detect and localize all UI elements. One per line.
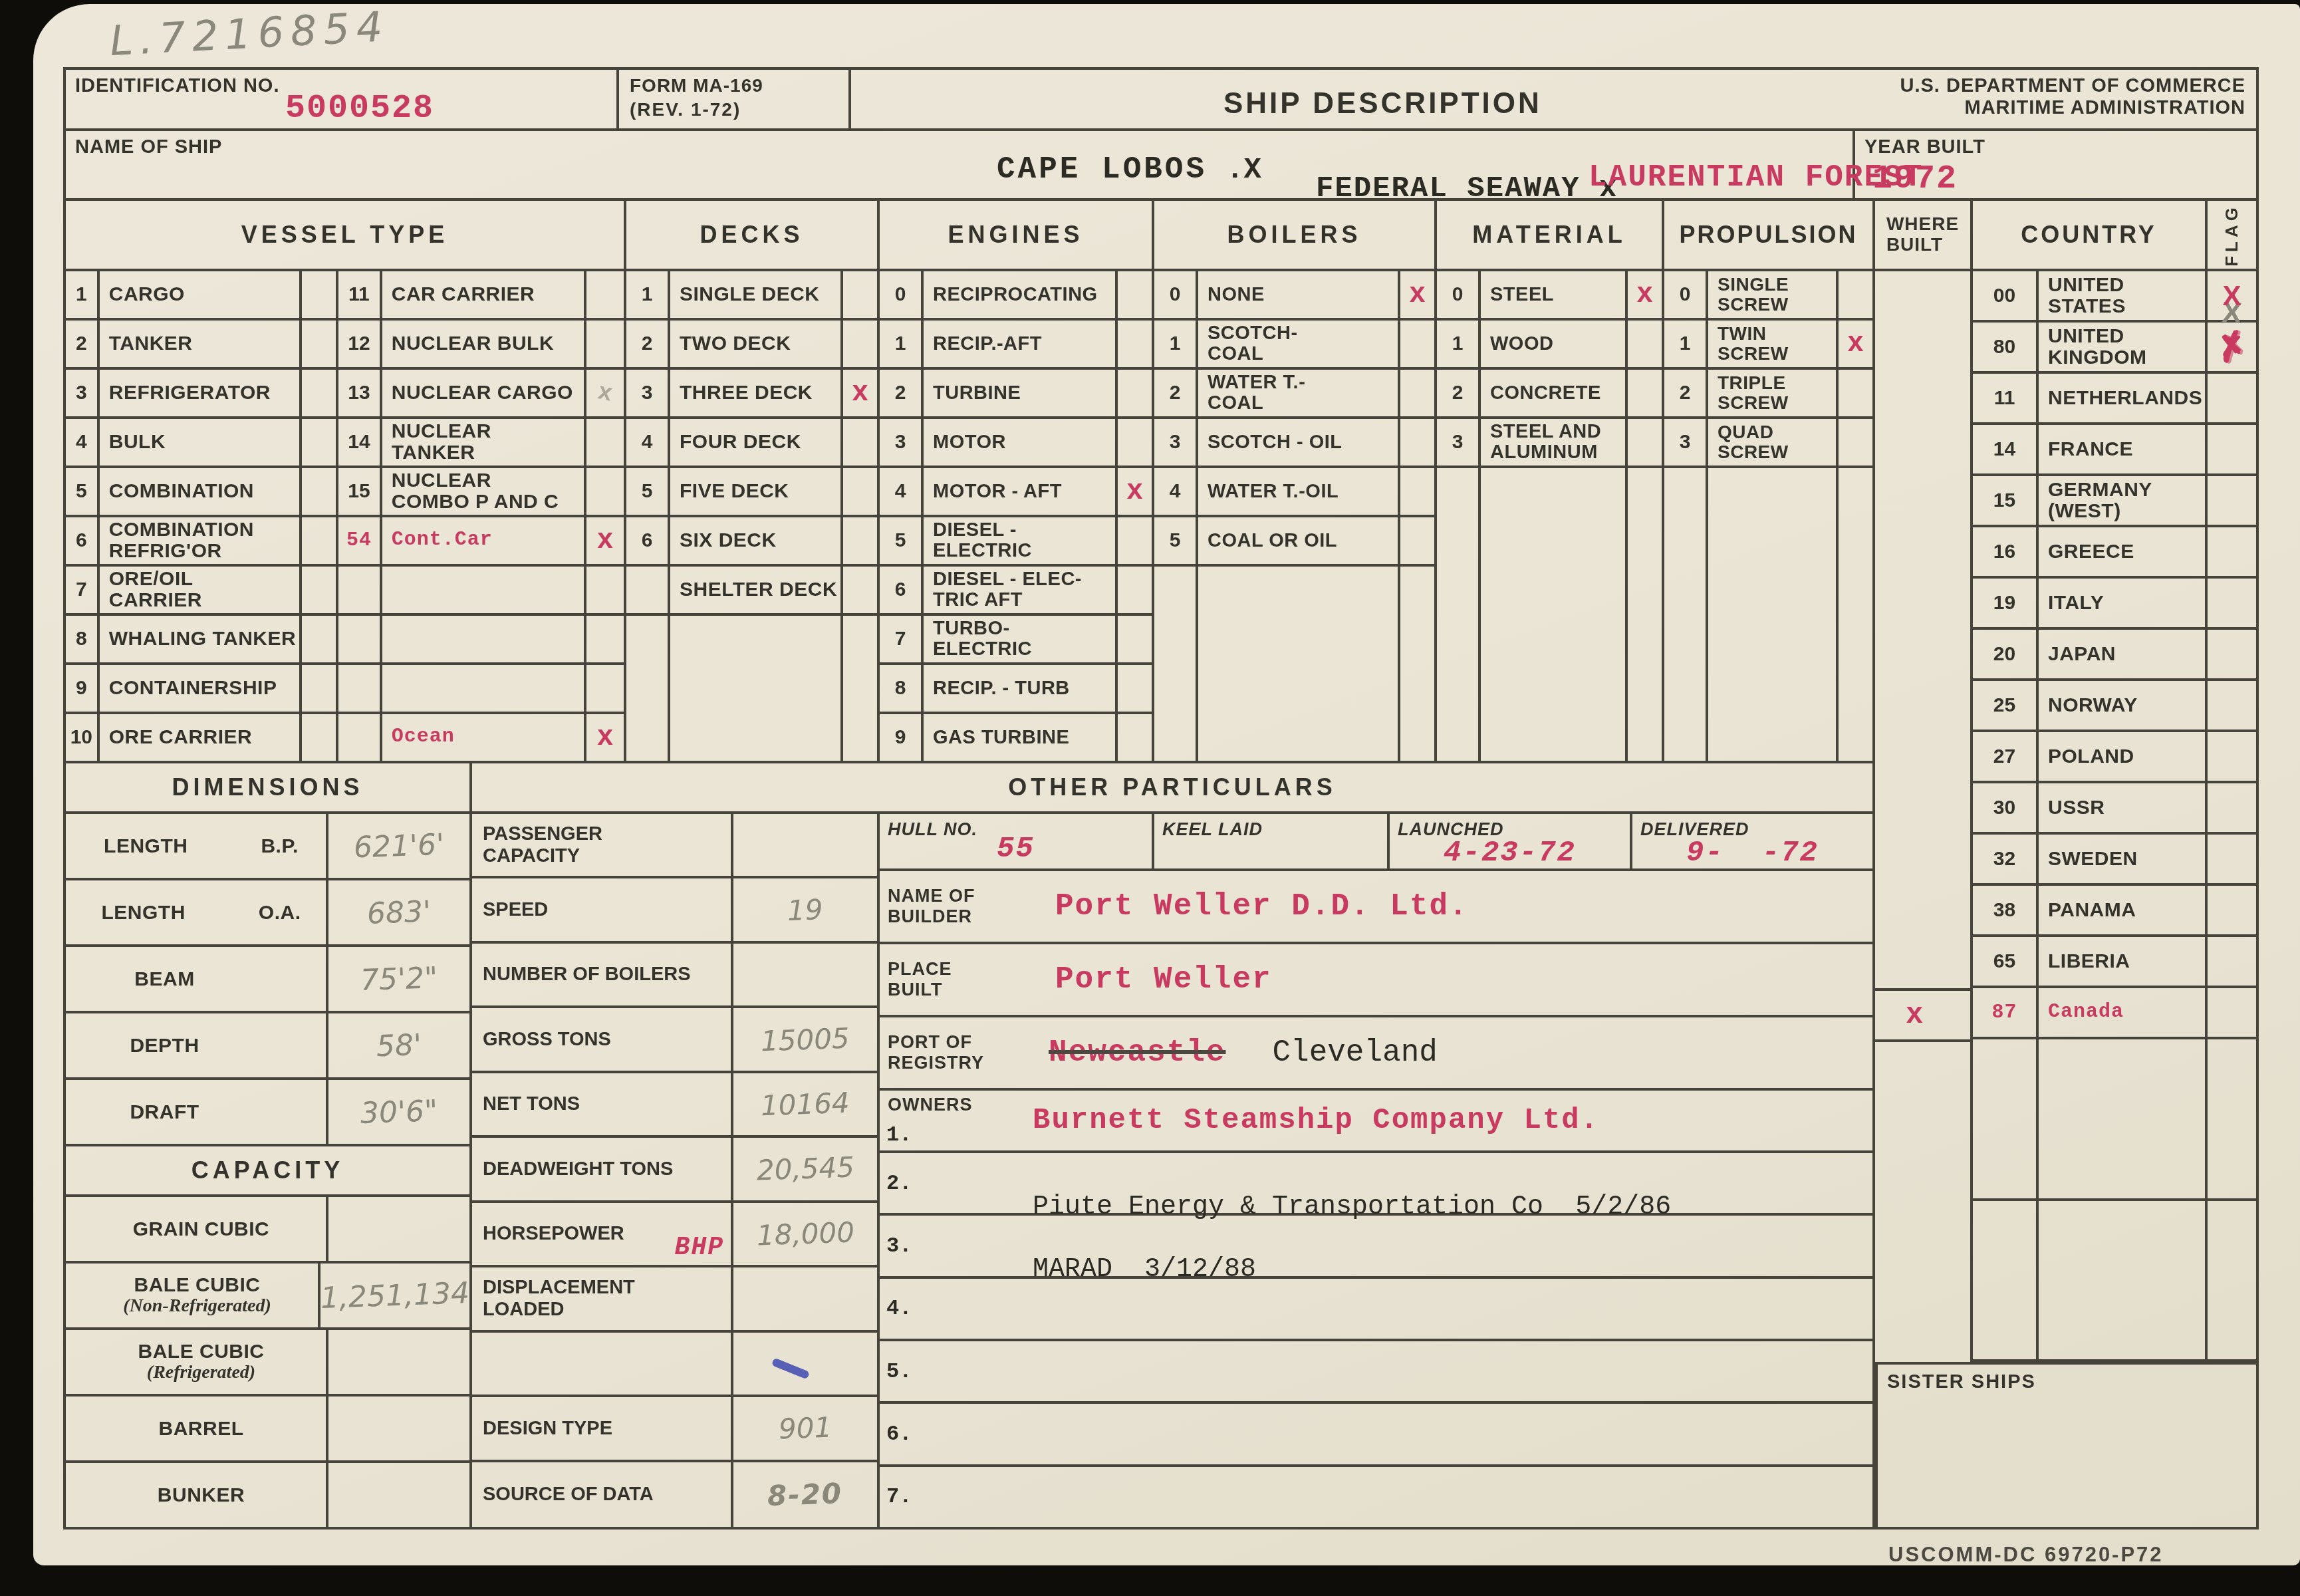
identification-label: IDENTIFICATION NO. <box>75 75 279 97</box>
owner-number: 4. <box>880 1296 933 1321</box>
boiler-checkbox <box>1400 468 1437 517</box>
country-flag-cell: ✗✗ <box>2208 323 2259 374</box>
particular-row: HORSEPOWERBHP 18,000 <box>472 1203 877 1267</box>
particular-row: NET TONS 10164 <box>472 1073 877 1138</box>
deck-label: FIVE DECK <box>670 468 843 517</box>
country-row: 30 USSR <box>1973 783 2259 835</box>
vessel-code-2: 14 <box>338 419 382 468</box>
vessel-label: WHALING TANKER <box>100 616 303 665</box>
port-of-registry-label: PORT OF REGISTRY <box>880 1032 1035 1073</box>
deck-checkbox <box>843 517 880 567</box>
propulsion-row: 1 TWIN SCREW x <box>1664 321 1875 370</box>
bhp-stamp: BHP <box>675 1234 724 1263</box>
where-built-column: x <box>1875 271 1973 1365</box>
propulsion-code: 0 <box>1664 271 1708 321</box>
owner-number: 6. <box>880 1422 933 1446</box>
delivered-cell: DELIVERED 9- -72 <box>1632 814 1872 868</box>
propulsion-row: 0 SINGLE SCREW <box>1664 271 1875 321</box>
material-checkbox <box>1628 321 1664 370</box>
country-flag-cell <box>2208 783 2259 835</box>
country-code: 30 <box>1973 783 2039 835</box>
owner-row: 5. <box>880 1341 1872 1404</box>
vessel-label-2: Ocean <box>382 714 587 763</box>
country-flag-cell <box>2208 886 2259 937</box>
country-flag-cell <box>2208 681 2259 732</box>
year-built-label: YEAR BUILT <box>1864 136 1985 158</box>
propulsion-code: 1 <box>1664 321 1708 370</box>
vessel-checkbox-2 <box>586 419 626 468</box>
place-built-row: PLACE BUILT Port Weller <box>880 944 1872 1017</box>
particular-value: 15005 <box>733 1008 877 1073</box>
country-label: JAPAN <box>2039 630 2208 681</box>
propulsion-code: 2 <box>1664 370 1708 419</box>
boilers-row: 3 SCOTCH - OIL <box>1154 419 1437 468</box>
vessel-type-row: 1 CARGO 11 CAR CARRIER <box>66 271 626 321</box>
country-row: 14 FRANCE <box>1973 425 2259 476</box>
propulsion-checkbox <box>1839 370 1875 419</box>
particular-entry: 18,000 <box>756 1216 855 1252</box>
ship-name-check: .X <box>1226 154 1261 187</box>
country-flag-cell <box>2208 835 2259 886</box>
country-row: 11 NETHERLANDS <box>1973 374 2259 425</box>
country-label: ITALY <box>2039 579 2208 630</box>
dimension-pencil-value: 58' <box>376 1027 422 1063</box>
capacity-label: BALE CUBIC(Non-Refrigerated) <box>66 1263 320 1330</box>
material-header-label: MATERIAL <box>1472 221 1626 249</box>
launched-cell: LAUNCHED 4-23-72 <box>1390 814 1632 868</box>
capacity-value <box>328 1396 469 1463</box>
country-code: 27 <box>1973 732 2039 783</box>
engine-checkbox <box>1118 616 1154 665</box>
particular-entry: 901 <box>778 1411 832 1446</box>
country-flag-cell: XX <box>2208 271 2259 323</box>
boiler-label: SCOTCH - OIL <box>1198 419 1400 468</box>
particular-row: SOURCE OF DATA 8-20 <box>472 1462 877 1527</box>
engine-checkbox <box>1118 419 1154 468</box>
deck-code: 4 <box>626 419 670 468</box>
vessel-label-2 <box>382 567 587 616</box>
name-of-ship-cell: NAME OF SHIP CAPE LOBOS .X FEDERAL SEAWA… <box>63 131 1855 201</box>
country-label: NETHERLANDS <box>2039 374 2208 425</box>
launched-value: 4-23-72 <box>1390 837 1630 870</box>
material-checkbox: x <box>1628 271 1664 321</box>
country-row: 20 JAPAN <box>1973 630 2259 681</box>
particular-value <box>733 814 877 878</box>
engines-row: 4 MOTOR - AFT x <box>880 468 1154 517</box>
vessel-label-2: NUCLEAR BULK <box>382 321 587 370</box>
deck-check-mark: x <box>852 377 868 409</box>
owners-row-1: OWNERS 1. Burnett Steamship Company Ltd. <box>880 1091 1872 1153</box>
decks-row: 3 THREE DECK x <box>626 370 880 419</box>
owner-value: Piute Energy & Transportation Co 5/2/86 <box>1033 1192 1671 1222</box>
capacity-row: BUNKER <box>66 1463 469 1529</box>
country-row: 15 GERMANY (WEST) <box>1973 476 2259 527</box>
port-of-registry-struck-value: Newcastle <box>1049 1035 1225 1070</box>
where-built-header: WHERE BUILT <box>1875 201 1973 271</box>
particular-value: 19 <box>733 878 877 943</box>
engine-label: MOTOR - AFT <box>924 468 1118 517</box>
delivered-value: 9- -72 <box>1632 837 1872 870</box>
name-of-builder-value: Port Weller D.D. Ltd. <box>1055 889 1469 924</box>
capacity-value <box>328 1197 469 1263</box>
country-code: 11 <box>1973 374 2039 425</box>
dimension-row: LENGTHO.A. 683' <box>66 880 469 947</box>
sister-ships-box: SISTER SHIPS <box>1875 1365 2259 1529</box>
propulsion-checkbox: x <box>1839 321 1875 370</box>
material-label: STEEL <box>1481 271 1628 321</box>
deck-code <box>626 567 670 616</box>
deck-code: 1 <box>626 271 670 321</box>
dimension-pencil-value: 75'2" <box>360 960 438 997</box>
boiler-checkbox <box>1400 370 1437 419</box>
vessel-checkbox <box>302 665 338 714</box>
country-label: FRANCE <box>2039 425 2208 476</box>
country-label: LIBERIA <box>2039 937 2208 988</box>
propulsion-label: TWIN SCREW <box>1708 321 1839 370</box>
vessel-label: TANKER <box>100 321 303 370</box>
vessel-type-row: 10 ORE CARRIER Ocean x <box>66 714 626 763</box>
propulsion-table: 0 SINGLE SCREW 1 TWIN SCREW x 2 TRIPLE S… <box>1664 271 1875 763</box>
country-label: POLAND <box>2039 732 2208 783</box>
year-built-cell: YEAR BUILT 1972 <box>1855 131 2259 201</box>
material-label: CONCRETE <box>1481 370 1628 419</box>
country-row: 27 POLAND <box>1973 732 2259 783</box>
hull-no-value: 55 <box>880 833 1152 866</box>
country-row: 32 SWEDEN <box>1973 835 2259 886</box>
where-built-row-line <box>1875 1039 1973 1042</box>
particular-value: 18,000 <box>733 1203 877 1267</box>
country-label: GREECE <box>2039 527 2208 579</box>
dimensions-header: DIMENSIONS <box>66 763 469 814</box>
vessel-label-2: NUCLEAR TANKER <box>382 419 587 468</box>
vessel-checkbox-2 <box>586 567 626 616</box>
country-code: 19 <box>1973 579 2039 630</box>
owner-row: 2. Piute Energy & Transportation Co 5/2/… <box>880 1153 1872 1216</box>
engine-label: RECIP. - TURB <box>924 665 1118 714</box>
place-built-value: Port Weller <box>1055 962 1272 997</box>
vessel-label-2 <box>382 665 587 714</box>
vessel-type-row: 5 COMBINATION 15 NUCLEAR COMBO P AND C <box>66 468 626 517</box>
boilers-header: BOILERS <box>1154 201 1437 271</box>
capacity-row: BALE CUBIC(Non-Refrigerated) 1,251,134 <box>66 1263 469 1330</box>
where-built-canada-check: x <box>1906 999 1924 1032</box>
flag-header-label: FLAG <box>2222 203 2242 267</box>
material-code: 2 <box>1437 370 1481 419</box>
country-row: 80 UNITED KINGDOM ✗✗ <box>1973 323 2259 374</box>
deck-checkbox: x <box>843 370 880 419</box>
decks-row: 5 FIVE DECK <box>626 468 880 517</box>
vessel-label-2: NUCLEAR CARGO <box>382 370 587 419</box>
particular-row <box>472 1333 877 1397</box>
engine-code: 8 <box>880 665 924 714</box>
vessel-label: BULK <box>100 419 303 468</box>
owner-number: 2. <box>880 1171 933 1196</box>
vessel-checkbox <box>302 714 338 763</box>
engine-checkbox <box>1118 665 1154 714</box>
country-label: Canada <box>2039 988 2208 1039</box>
owner-number: 7. <box>880 1484 933 1509</box>
engines-header-label: ENGINES <box>948 221 1083 249</box>
country-flag-cell <box>2208 527 2259 579</box>
vessel-code: 4 <box>66 419 100 468</box>
vessel-type-row: 7 ORE/OIL CARRIER <box>66 567 626 616</box>
department-line2: MARITIME ADMINISTRATION <box>1900 97 2245 119</box>
vessel-check-mark: x <box>597 525 614 557</box>
vessel-label: CARGO <box>100 271 303 321</box>
country-flag-cell <box>2208 374 2259 425</box>
vessel-label: COMBINATION REFRIG'OR <box>100 517 303 567</box>
vessel-check-mark: x <box>597 722 614 753</box>
dimension-value: 58' <box>328 1013 469 1080</box>
ship-name-typed: CAPE LOBOS <box>997 152 1207 187</box>
engines-row: 9 GAS TURBINE <box>880 714 1154 763</box>
hull-no-cell: HULL NO. 55 <box>880 814 1154 868</box>
dimension-value: 683' <box>328 880 469 947</box>
engines-row: 0 RECIPROCATING <box>880 271 1154 321</box>
country-label: UNITED KINGDOM <box>2039 323 2208 374</box>
boilers-row: 5 COAL OR OIL <box>1154 517 1437 567</box>
boilers-empty-area <box>1154 567 1437 761</box>
flag-mark-overlay: X <box>2222 280 2241 312</box>
particular-row: NUMBER OF BOILERS <box>472 944 877 1008</box>
vessel-type-row: 8 WHALING TANKER <box>66 616 626 665</box>
boiler-code: 5 <box>1154 517 1198 567</box>
boilers-row: 2 WATER T.- COAL <box>1154 370 1437 419</box>
vessel-checkbox <box>302 271 338 321</box>
country-header: COUNTRY <box>1973 201 2208 271</box>
capacity-label: BALE CUBIC(Refrigerated) <box>66 1330 328 1396</box>
capacity-header: CAPACITY <box>66 1146 469 1197</box>
particulars-middle-column: PASSENGER CAPACITY SPEED 19 NUMBER OF BO… <box>472 814 880 1529</box>
particular-label: HORSEPOWERBHP <box>472 1203 733 1267</box>
vessel-code-2 <box>338 616 382 665</box>
material-checkbox <box>1628 419 1664 468</box>
decks-header-label: DECKS <box>700 221 803 249</box>
boiler-label: SCOTCH- COAL <box>1198 321 1400 370</box>
dimension-row: BEAM 75'2" <box>66 947 469 1013</box>
capacity-label: BUNKER <box>66 1463 328 1529</box>
particular-row: DISPLACEMENT LOADED <box>472 1267 877 1332</box>
engine-label: RECIP.-AFT <box>924 321 1118 370</box>
country-row: 65 LIBERIA <box>1973 937 2259 988</box>
capacity-value: 1,251,134 <box>320 1263 469 1330</box>
boiler-checkbox <box>1400 419 1437 468</box>
keel-laid-cell: KEEL LAID <box>1154 814 1390 868</box>
owner-row: 7. <box>880 1467 1872 1527</box>
particular-row: DESIGN TYPE 901 <box>472 1397 877 1462</box>
vessel-checkbox-2 <box>586 271 626 321</box>
boilers-table: 0 NONE x 1 SCOTCH- COAL 2 WATER T.- COAL… <box>1154 271 1437 763</box>
department-line1: U.S. DEPARTMENT OF COMMERCE <box>1900 75 2245 97</box>
vessel-code: 6 <box>66 517 100 567</box>
propulsion-check-mark: x <box>1847 328 1864 360</box>
vessel-checkbox <box>302 419 338 468</box>
country-flag-cell <box>2208 1039 2259 1201</box>
engine-code: 9 <box>880 714 924 763</box>
country-flag-cell <box>2208 988 2259 1039</box>
dimension-value: 75'2" <box>328 947 469 1013</box>
engines-row: 2 TURBINE <box>880 370 1154 419</box>
vessel-label-2: CAR CARRIER <box>382 271 587 321</box>
particular-value <box>733 1267 877 1332</box>
dimension-value: 30'6" <box>328 1080 469 1146</box>
material-code: 0 <box>1437 271 1481 321</box>
propulsion-checkbox <box>1839 419 1875 468</box>
country-header-label: COUNTRY <box>2021 221 2157 249</box>
owner-row: 4. <box>880 1279 1872 1341</box>
particular-value: 901 <box>733 1397 877 1462</box>
material-checkbox <box>1628 370 1664 419</box>
boilers-row: 0 NONE x <box>1154 271 1437 321</box>
dimension-row: DEPTH 58' <box>66 1013 469 1080</box>
boiler-code: 2 <box>1154 370 1198 419</box>
country-flag-cell <box>2208 1201 2259 1363</box>
vessel-type-row: 4 BULK 14 NUCLEAR TANKER <box>66 419 626 468</box>
engine-code: 2 <box>880 370 924 419</box>
propulsion-label: QUAD SCREW <box>1708 419 1839 468</box>
capacity-pencil-value: 1,251,134 <box>320 1276 470 1315</box>
country-row <box>1973 1201 2259 1363</box>
page-title: SHIP DESCRIPTION <box>1223 87 1542 120</box>
vessel-checkbox <box>302 321 338 370</box>
particular-entry: 19 <box>787 893 823 927</box>
propulsion-checkbox <box>1839 271 1875 321</box>
boiler-checkbox: x <box>1400 271 1437 321</box>
deck-code: 2 <box>626 321 670 370</box>
vessel-checkbox-2: x <box>586 517 626 567</box>
engine-code: 0 <box>880 271 924 321</box>
capacity-row: BALE CUBIC(Refrigerated) <box>66 1330 469 1396</box>
dimension-pencil-value: 30'6" <box>360 1093 438 1130</box>
country-row <box>1973 1039 2259 1201</box>
boiler-check-mark: x <box>1409 279 1426 311</box>
engine-label: GAS TURBINE <box>924 714 1118 763</box>
deck-checkbox <box>843 468 880 517</box>
vessel-code-2: 54 <box>338 517 382 567</box>
capacity-value <box>328 1330 469 1396</box>
dimension-label: DEPTH <box>66 1013 328 1080</box>
engine-checkbox <box>1118 271 1154 321</box>
vessel-label: CONTAINERSHIP <box>100 665 303 714</box>
name-of-ship-label: NAME OF SHIP <box>75 136 222 158</box>
flag-header: FLAG <box>2208 201 2259 271</box>
material-label: WOOD <box>1481 321 1628 370</box>
vessel-label: ORE CARRIER <box>100 714 303 763</box>
engines-header: ENGINES <box>880 201 1154 271</box>
propulsion-row: 3 QUAD SCREW <box>1664 419 1875 468</box>
deck-label: FOUR DECK <box>670 419 843 468</box>
vessel-check-mark: x <box>595 378 615 408</box>
material-check-mark: x <box>1636 279 1653 311</box>
engine-check-mark: x <box>1126 475 1143 507</box>
engine-checkbox <box>1118 714 1154 763</box>
capacity-label: GRAIN CUBIC <box>66 1197 328 1263</box>
country-label <box>2039 1039 2208 1201</box>
decks-row: 2 TWO DECK <box>626 321 880 370</box>
deck-label: SINGLE DECK <box>670 271 843 321</box>
vessel-label: COMBINATION <box>100 468 303 517</box>
particular-entry: 20,545 <box>756 1151 855 1187</box>
engine-code: 7 <box>880 616 924 665</box>
vessel-checkbox <box>302 567 338 616</box>
form-revision: (REV. 1-72) <box>630 99 741 120</box>
particular-label: NUMBER OF BOILERS <box>472 944 733 1008</box>
deck-code: 5 <box>626 468 670 517</box>
other-particulars-header: OTHER PARTICULARS <box>472 763 1875 814</box>
boiler-label: NONE <box>1198 271 1400 321</box>
decks-row: 4 FOUR DECK <box>626 419 880 468</box>
decks-row: SHELTER DECK <box>626 567 880 616</box>
decks-empty-area <box>626 616 880 761</box>
vessel-checkbox-2: x <box>586 714 626 763</box>
capacity-row: BARREL <box>66 1396 469 1463</box>
country-label <box>2039 1201 2208 1363</box>
form-number: FORM MA-169 <box>630 75 763 96</box>
decks-row: 6 SIX DECK <box>626 517 880 567</box>
country-flag-cell <box>2208 732 2259 783</box>
country-row: 38 PANAMA <box>1973 886 2259 937</box>
vessel-type-row: 6 COMBINATION REFRIG'OR 54 Cont.Car x <box>66 517 626 567</box>
deck-checkbox <box>843 271 880 321</box>
particular-label <box>472 1333 733 1397</box>
form-number-cell: FORM MA-169 (REV. 1-72) <box>619 67 851 131</box>
boiler-checkbox <box>1400 517 1437 567</box>
engine-label: DIESEL - ELECTRIC <box>924 517 1118 567</box>
vessel-code-2: 11 <box>338 271 382 321</box>
identification-number: 5000528 <box>285 90 434 128</box>
vessel-code: 2 <box>66 321 100 370</box>
particular-entry: 10164 <box>760 1087 850 1123</box>
vessel-type-row: 9 CONTAINERSHIP <box>66 665 626 714</box>
capacity-value <box>328 1463 469 1529</box>
owner-value: MARAD 3/12/88 <box>1033 1255 1256 1285</box>
scanned-ship-description-card: L.7216854 IDENTIFICATION NO. 5000528 FOR… <box>0 0 2300 1596</box>
country-code: 87 <box>1973 988 2039 1039</box>
dimensions-capacity-section: DIMENSIONS LENGTHB.P. 621'6' LENGTHO.A. … <box>63 763 472 1529</box>
capacity-title: CAPACITY <box>192 1156 344 1184</box>
material-code: 3 <box>1437 419 1481 468</box>
title-cell: SHIP DESCRIPTION U.S. DEPARTMENT OF COMM… <box>851 67 2259 131</box>
country-flag-cell <box>2208 476 2259 527</box>
engine-code: 6 <box>880 567 924 616</box>
propulsion-code: 3 <box>1664 419 1708 468</box>
engine-code: 5 <box>880 517 924 567</box>
year-built-value: 1972 <box>1872 160 1958 198</box>
particular-label: DESIGN TYPE <box>472 1397 733 1462</box>
vessel-label-2 <box>382 616 587 665</box>
dimension-pencil-value: 683' <box>366 894 432 930</box>
dimension-row: LENGTHB.P. 621'6' <box>66 814 469 880</box>
vessel-code: 5 <box>66 468 100 517</box>
country-row: 25 NORWAY <box>1973 681 2259 732</box>
dimensions-title: DIMENSIONS <box>172 773 363 801</box>
country-code: 20 <box>1973 630 2039 681</box>
particular-label: PASSENGER CAPACITY <box>472 814 733 878</box>
vessel-checkbox-2 <box>586 321 626 370</box>
engines-row: 1 RECIP.-AFT <box>880 321 1154 370</box>
deck-checkbox <box>843 567 880 616</box>
vessel-checkbox-2 <box>586 665 626 714</box>
engines-row: 6 DIESEL - ELEC- TRIC AFT <box>880 567 1154 616</box>
capacity-label: BARREL <box>66 1396 328 1463</box>
country-code: 65 <box>1973 937 2039 988</box>
deck-label: SHELTER DECK <box>670 567 843 616</box>
engine-label: TURBO- ELECTRIC <box>924 616 1118 665</box>
engines-row: 5 DIESEL - ELECTRIC <box>880 517 1154 567</box>
engine-label: MOTOR <box>924 419 1118 468</box>
boilers-row: 1 SCOTCH- COAL <box>1154 321 1437 370</box>
vessel-code: 7 <box>66 567 100 616</box>
